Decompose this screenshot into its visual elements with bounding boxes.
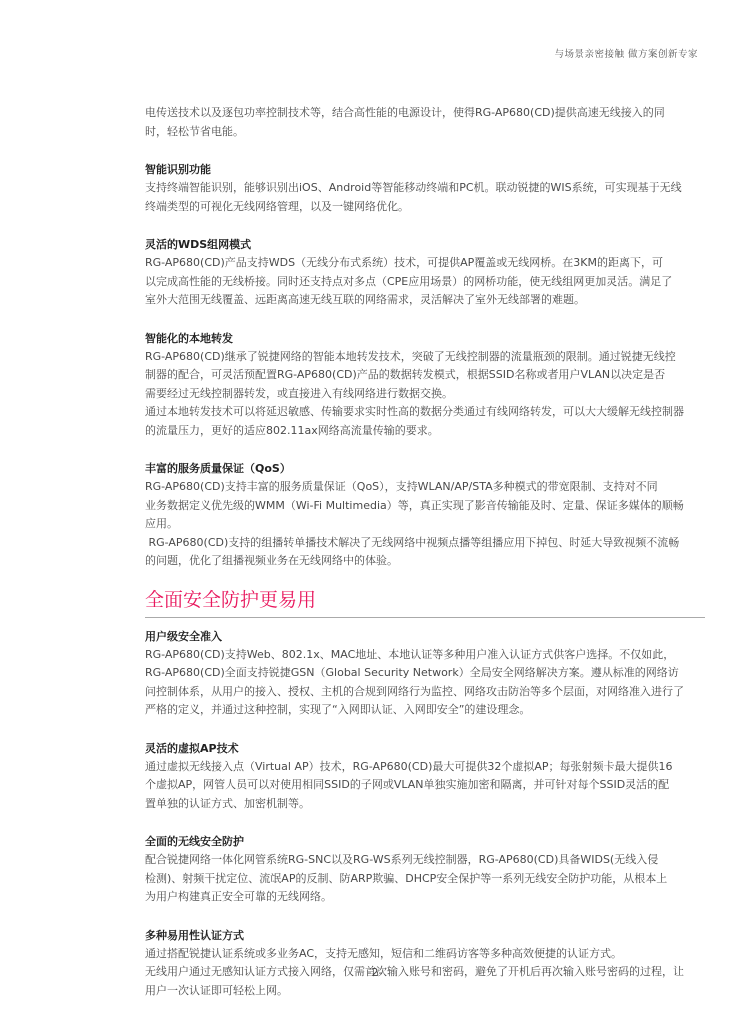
text-line: RG-AP680(CD)支持Web、802.1x、MAC地址、本地认证等多种用户… [145,646,705,665]
text-line: 严格的定义，并通过这种控制，实现了“入网即认证、入网即安全”的建设理念。 [145,701,705,720]
document-body: 电传送技术以及逐包功率控制技术等，结合高性能的电源设计，使得RG-AP680(C… [145,104,705,1000]
text-line: 置单独的认证方式、加密机制等。 [145,795,705,814]
text-line: 用户一次认证即可轻松上网。 [145,982,705,1001]
text-line: 问控制体系，从用户的接入、授权、主机的合规到网络行为监控、网络攻击防治等多个层面… [145,683,705,702]
text-line: 的流量压力，更好的适应802.11ax网络高流量传输的要求。 [145,422,705,441]
feature-title: 灵活的虚拟AP技术 [145,740,705,758]
feature-block-qos: 丰富的服务质量保证（QoS） RG-AP680(CD)支持丰富的服务质量保证（Q… [145,460,705,571]
text-line: 室外大范围无线覆盖、远距离高速无线互联的网络需求，灵活解决了室外无线部署的难题。 [145,291,705,310]
text-line: 通过虚拟无线接入点（Virtual AP）技术，RG-AP680(CD)最大可提… [145,758,705,777]
text-line: 个虚拟AP，网管人员可以对使用相同SSID的子网或VLAN单独实施加密和隔离，并… [145,776,705,795]
text-line: 通过本地转发技术可以将延迟敏感、传输要求实时性高的数据分类通过有线网络转发，可以… [145,403,705,422]
text-line: 电传送技术以及逐包功率控制技术等，结合高性能的电源设计，使得RG-AP680(C… [145,104,705,123]
feature-block-user-access: 用户级安全准入 RG-AP680(CD)支持Web、802.1x、MAC地址、本… [145,628,705,720]
text-line: 支持终端智能识别，能够识别出iOS、Android等智能移动终端和PC机。联动锐… [145,179,705,198]
feature-title: 用户级安全准入 [145,628,705,646]
feature-block-wds: 灵活的WDS组网模式 RG-AP680(CD)产品支持WDS（无线分布式系统）技… [145,236,705,310]
page-number: -2- [0,966,750,979]
feature-block-wireless-security: 全面的无线安全防护 配合锐捷网络一体化网管系统RG-SNC以及RG-WS系列无线… [145,833,705,907]
feature-title: 智能化的本地转发 [145,330,705,348]
feature-title: 多种易用性认证方式 [145,927,705,945]
feature-block-virtual-ap: 灵活的虚拟AP技术 通过虚拟无线接入点（Virtual AP）技术，RG-AP6… [145,740,705,814]
text-line: RG-AP680(CD)支持丰富的服务质量保证（QoS），支持WLAN/AP/S… [145,478,705,497]
text-line: 配合锐捷网络一体化网管系统RG-SNC以及RG-WS系列无线控制器，RG-AP6… [145,851,705,870]
text-line: 的问题，优化了组播视频业务在无线网络中的体验。 [145,552,705,571]
text-line: 以完成高性能的无线桥接。同时还支持点对多点（CPE应用场景）的网桥功能，使无线组… [145,273,705,292]
text-line: RG-AP680(CD)全面支持锐捷GSN（Global Security Ne… [145,664,705,683]
intro-paragraph: 电传送技术以及逐包功率控制技术等，结合高性能的电源设计，使得RG-AP680(C… [145,104,705,141]
feature-block-authentication: 多种易用性认证方式 通过搭配锐捷认证系统或多业务AC，支持无感知，短信和二维码访… [145,927,705,1001]
text-line: 业务数据定义优先级的WMM（Wi-Fi Multimedia）等，真正实现了影音… [145,497,705,516]
feature-title: 丰富的服务质量保证（QoS） [145,460,705,478]
section-heading-text: 全面安全防护更易用 [145,589,316,611]
text-line: RG-AP680(CD)支持的组播转单播技术解决了无线网络中视频点播等组播应用下… [145,534,705,553]
text-line: 通过搭配锐捷认证系统或多业务AC，支持无感知，短信和二维码访客等多种高效便捷的认… [145,945,705,964]
header-tagline: 与场景亲密接触 做方案创新专家 [554,46,698,60]
feature-title: 灵活的WDS组网模式 [145,236,705,254]
text-line: 应用。 [145,515,705,534]
text-line: RG-AP680(CD)继承了锐捷网络的智能本地转发技术，突破了无线控制器的流量… [145,348,705,367]
feature-block-smart-recognition: 智能识别功能 支持终端智能识别，能够识别出iOS、Android等智能移动终端和… [145,161,705,216]
text-line: 为用户构建真正安全可靠的无线网络。 [145,888,705,907]
feature-title: 智能识别功能 [145,161,705,179]
text-line: 需要经过无线控制器转发，或直接进入有线网络进行数据交换。 [145,385,705,404]
section-heading: 全面安全防护更易用 [145,587,705,618]
text-line: 检测)、射频干扰定位、流氓AP的反制、防ARP欺骗、DHCP安全保护等一系列无线… [145,870,705,889]
text-line: 终端类型的可视化无线网络管理，以及一键网络优化。 [145,198,705,217]
text-line: 时，轻松节省电能。 [145,123,705,142]
feature-title: 全面的无线安全防护 [145,833,705,851]
feature-block-local-forwarding: 智能化的本地转发 RG-AP680(CD)继承了锐捷网络的智能本地转发技术，突破… [145,330,705,441]
text-line: 制器的配合，可灵活预配置RG-AP680(CD)产品的数据转发模式，根据SSID… [145,366,705,385]
text-line: RG-AP680(CD)产品支持WDS（无线分布式系统）技术，可提供AP覆盖或无… [145,254,705,273]
